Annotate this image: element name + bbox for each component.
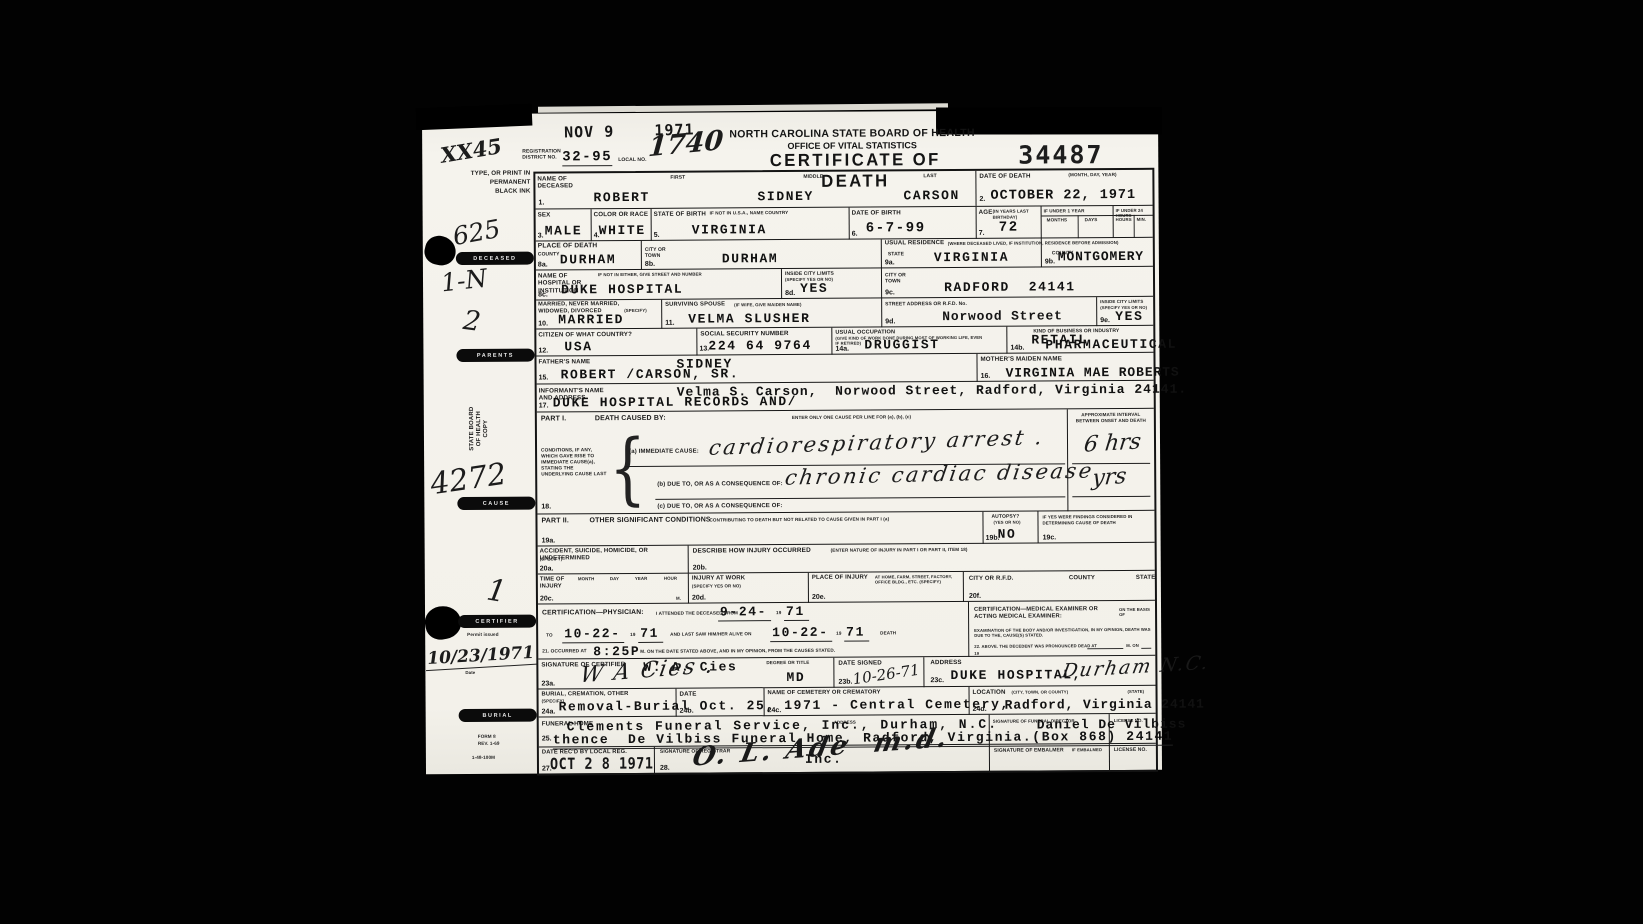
autopsy-value: NO	[998, 527, 1017, 542]
field-label: TIME OF INJURY	[540, 576, 576, 590]
death-certificate-document: XX45 TYPE, OR PRINT IN PERMANENT BLACK I…	[422, 110, 1162, 774]
meridiem-label: M.	[676, 595, 681, 601]
cell-medical-examiner: CERTIFICATION—MEDICAL EXAMINER OR ACTING…	[968, 601, 1156, 657]
cell-certifier-address: ADDRESS 23c. DUKE HOSPITAL, Durham N.C.	[923, 656, 1156, 687]
row-injury-details: TIME OF INJURY MONTH DAY YEAR HOUR 20c. …	[538, 570, 1155, 605]
local-no-value: 1740	[647, 125, 724, 163]
section-tab-certifier: CERTIFIER	[458, 615, 536, 628]
field-number: 9e.	[1100, 317, 1110, 324]
field-label: LICENSE NO.	[1114, 747, 1147, 753]
registration-district-no: 32-95	[562, 149, 612, 166]
field-number: 20b.	[693, 565, 707, 572]
cell-surviving-spouse: SURVIVING SPOUSE (IF WIFE, GIVE MAIDEN N…	[661, 298, 882, 328]
date-received-stamp: OCT 2 8 1971	[550, 755, 654, 774]
cell-county-of-death: PLACE OF DEATH COUNTY 8a. DURHAM	[536, 241, 641, 271]
interval-header: APPROXIMATE INTERVAL BETWEEN ONSET AND D…	[1072, 412, 1150, 424]
field-sublabel: CONTRIBUTING TO DEATH BUT NOT RELATED TO…	[709, 516, 889, 523]
field-number: 8b.	[645, 261, 655, 268]
me-basis-label: ON THE BASIS OF	[1119, 607, 1153, 618]
due-to-b-label: (b) DUE TO, OR AS A CONSEQUENCE OF:	[657, 481, 783, 489]
interval-b-value: yrs	[1091, 464, 1128, 492]
blank-line	[1141, 643, 1151, 649]
field-label: DATE	[680, 691, 697, 699]
burial-typed-line: Removal-Burial Oct. 25, 1971 - Central C…	[559, 697, 1010, 715]
me-line3a: 22. ABOVE. THE DECEDENT WAS PRONOUNCED D…	[974, 643, 1097, 649]
inside-city-limits-value: YES	[800, 281, 828, 296]
medical-examiner-label: CERTIFICATION—MEDICAL EXAMINER OR ACTING…	[974, 606, 1114, 621]
cell-injury-location: CITY OR R.F.D. COUNTY STATE 20f.	[963, 571, 1156, 602]
field-label: STATE	[888, 251, 904, 257]
copy-designation-text: STATE BOARD OF HEALTH COPY	[469, 389, 491, 469]
physician-cert-label: CERTIFICATION—PHYSICIAN:	[542, 609, 644, 618]
field-label: SURVIVING SPOUSE	[665, 301, 725, 308]
field-sublabel: (YES OR NO)	[993, 520, 1020, 525]
cell-date-of-birth: DATE OF BIRTH 6. 6-7-99	[849, 207, 977, 240]
field-label: SOCIAL SECURITY NUMBER	[700, 330, 788, 338]
state-label: STATE	[1136, 575, 1156, 582]
field-sublabel: (ENTER NATURE OF INJURY IN PART I OR PAR…	[831, 547, 968, 554]
field-number: 12.	[538, 347, 548, 354]
field-label: STATE OF BIRTH	[654, 211, 706, 219]
age-value: 72	[999, 220, 1019, 236]
subcolumn-rule	[1042, 215, 1114, 216]
section-tab-cause: CAUSE	[457, 497, 535, 510]
cell-place-of-injury: PLACE OF INJURY AT HOME, FARM, STREET, F…	[808, 572, 964, 603]
last-saw-label: AND LAST SAW HIM/HER ALIVE ON	[670, 631, 751, 637]
state-of-birth-value: VIRGINIA	[692, 222, 767, 237]
cell-accident-type: ACCIDENT, SUICIDE, HOMICIDE, OR UNDETERM…	[538, 546, 688, 575]
due-to-b-value: chronic cardiac disease	[783, 458, 1095, 489]
field-label: DATE OF BIRTH	[852, 209, 901, 217]
cause-line-b-rule	[655, 496, 1065, 500]
funeral-director-value: Daniel De Vilbiss	[1037, 717, 1187, 733]
field-number: 17.	[539, 402, 549, 409]
field-label: COLOR OR RACE	[594, 211, 649, 219]
field-number: 11.	[665, 320, 674, 327]
subcolumn-divider	[1134, 215, 1135, 238]
field-label: AGE	[979, 209, 993, 217]
registration-district-label: REGISTRATION DISTRICT NO.	[522, 148, 564, 161]
section-tab-deceased: DECEASED	[456, 252, 534, 265]
field-sublabel: (CITY, TOWN, OR COUNTY)	[1012, 689, 1069, 695]
cell-embalmer-license: LICENSE NO.	[1109, 744, 1157, 771]
mother-name-value: VIRGINIA MAE ROBERTS	[1006, 365, 1180, 381]
surviving-spouse-value: VELMA SLUSHER	[688, 311, 810, 327]
residence-state-value: VIRGINIA	[934, 250, 1009, 265]
occurred-label: 21. OCCURRED AT	[542, 649, 586, 655]
field-sublabel: IF EMBALMED	[1072, 747, 1102, 752]
cell-city-of-death: CITY OR TOWN 8b. DURHAM	[641, 239, 882, 269]
field-sublabel: IF NOT IN EITHER, GIVE STREET AND NUMBER	[598, 272, 702, 278]
cell-date-received: DATE REC'D BY LOCAL REG. 27. OCT 2 8 197…	[539, 747, 654, 775]
field-label: DESCRIBE HOW INJURY OCCURRED	[693, 547, 811, 555]
informant-value-line2: DUKE HOSPITAL RECORDS AND/	[553, 394, 798, 410]
cell-interval: APPROXIMATE INTERVAL BETWEEN ONSET AND D…	[1067, 409, 1156, 512]
margin-code-625: 625	[450, 214, 502, 251]
form-revision: REV. 1-69	[478, 741, 500, 747]
city-of-death-value: DURHAM	[722, 251, 779, 266]
field-number: 7.	[979, 230, 985, 237]
cell-residence-state: USUAL RESIDENCE (WHERE DECEASED LIVED, I…	[881, 238, 1042, 268]
field-label: SIGNATURE OF EMBALMER	[994, 747, 1064, 754]
occurred-rest-label: M. ON THE DATE STATED ABOVE, AND IN MY O…	[640, 648, 835, 655]
field-sublabel: (SPECIFY YES OR NO)	[692, 583, 741, 589]
year-label: YEAR	[635, 576, 648, 582]
cell-sex: SEX 3. MALE	[536, 209, 591, 241]
cell-if-under-24-hours: IF UNDER 24 HOURS HOURS MIN.	[1113, 206, 1154, 238]
print-run-code: 1-48-100M	[472, 755, 495, 761]
blank-line	[1087, 643, 1123, 649]
field-number: 24a.	[542, 708, 556, 715]
residence-city-value: RADFORD 24141	[944, 279, 1076, 295]
cell-industry: KIND OF BUSINESS OR INDUSTRY RETAIL 14b.…	[1006, 326, 1154, 354]
field-number: 8a.	[538, 261, 548, 268]
field-label: CITY OR TOWN	[645, 247, 669, 260]
cell-inside-city-limits-residence: INSIDE CITY LIMITS (SPECIFY YES OR NO) 9…	[1096, 297, 1154, 326]
field-label: IF YES WERE FINDINGS CONSIDERED IN DETER…	[1042, 514, 1150, 526]
cell-if-under-1-year: IF UNDER 1 YEAR MONTHS DAYS	[1041, 206, 1114, 238]
field-sublabel: IF NOT IN U.S.A., NAME COUNTRY	[710, 210, 790, 216]
field-label: IF UNDER 1 YEAR	[1044, 208, 1085, 214]
attended-to-year: 71	[638, 626, 663, 643]
field-label: OTHER SIGNIFICANT CONDITIONS	[589, 516, 710, 525]
certifier-signature-script: W A Cies .	[578, 653, 717, 689]
cell-state-of-birth: STATE OF BIRTH IF NOT IN U.S.A., NAME CO…	[651, 208, 850, 241]
field-number: 28.	[660, 765, 670, 772]
field-sublabel: (IF WIFE, GIVE MAIDEN NAME)	[734, 302, 801, 308]
year-prefix: 19	[836, 631, 841, 637]
to-label: TO	[546, 632, 553, 638]
hospital-name-value: DUKE HOSPITAL	[561, 282, 683, 298]
conditions-label: CONDITIONS, IF ANY, WHICH GAVE RISE TO I…	[541, 448, 607, 478]
cell-cause-entries: PART I. DEATH CAUSED BY: ENTER ONLY ONE …	[537, 409, 1068, 514]
industry-value-line2: PHARMACEUTICAL	[1045, 337, 1177, 353]
field-number: 9d.	[885, 318, 895, 325]
field-label: INSIDE CITY LIMITS	[1100, 299, 1150, 305]
field-sublabel: (SPECIFY)	[540, 556, 563, 562]
field-number: 19a.	[542, 537, 556, 544]
sex-value: MALE	[545, 223, 583, 238]
field-label: CITY OR TOWN	[885, 272, 909, 285]
field-label: FATHER'S NAME	[538, 358, 590, 366]
field-number: 1.	[539, 200, 545, 207]
attended-to-value: 10-22-	[562, 626, 625, 643]
deceased-last-name: CARSON	[903, 188, 960, 203]
cell-date-of-death: DATE OF DEATH (MONTH, DAY, YEAR) 2. OCTO…	[975, 170, 1153, 206]
cell-embalmer-signature: SIGNATURE OF EMBALMER IF EMBALMED	[989, 744, 1110, 772]
father-name-value: ROBERT /CARSON, SR.	[561, 366, 740, 382]
field-number: 2.	[979, 196, 985, 203]
permit-issued-label: Permit issued	[467, 632, 498, 638]
permit-date-label: Date	[465, 670, 475, 676]
field-label: STREET ADDRESS OR R.F.D. No.	[885, 301, 967, 308]
month-label: MONTH	[578, 576, 595, 582]
cell-describe-injury: DESCRIBE HOW INJURY OCCURRED (ENTER NATU…	[688, 543, 1156, 574]
field-label: PLACE OF INJURY	[812, 575, 868, 583]
cell-other-conditions: PART II. OTHER SIGNIFICANT CONDITIONS CO…	[537, 512, 982, 547]
cell-name-of-deceased: NAME OF DECEASED FIRST MIDDLE LAST 1. RO…	[535, 171, 975, 209]
field-number: 23a.	[541, 680, 555, 687]
field-label: DATE OF DEATH	[979, 173, 1030, 181]
column-label-middle: MIDDLE	[803, 174, 823, 180]
field-number: 8d.	[785, 290, 795, 297]
degree-label: DEGREE OR TITLE	[766, 660, 809, 666]
margin-code-1: 1	[484, 572, 509, 610]
cell-mother-name: MOTHER'S MAIDEN NAME 16. VIRGINIA MAE RO…	[976, 353, 1154, 382]
cell-age: AGE (IN YEARS LAST BIRTHDAY) 7. 72	[976, 206, 1042, 238]
race-value: WHITE	[599, 223, 646, 238]
field-number: 9b.	[1045, 258, 1055, 265]
cell-ssn: SOCIAL SECURITY NUMBER 13. 224 64 9764	[696, 328, 832, 356]
cell-occupation: USUAL OCCUPATION (GIVE KIND OF WORK DONE…	[831, 327, 1007, 355]
subcolumn-divider	[1078, 215, 1079, 238]
day-label: DAY	[610, 576, 619, 582]
field-number: 16.	[981, 373, 991, 380]
street-address-value: Norwood Street	[942, 308, 1063, 324]
field-number: 20f.	[969, 593, 981, 600]
section-tab-parents: PARENTS	[456, 349, 534, 362]
cell-hospital-name: NAME OF HOSPITAL OR INSTITUTION IF NOT I…	[536, 269, 781, 300]
attended-from-year: 71	[784, 604, 809, 621]
cell-time-of-injury: TIME OF INJURY MONTH DAY YEAR HOUR 20c. …	[538, 574, 688, 605]
local-no-label: LOCAL NO.	[618, 157, 646, 163]
field-number: 14b.	[1010, 345, 1024, 352]
cell-residence-city: CITY OR TOWN 9c. RADFORD 24141	[881, 267, 1154, 299]
field-number: 6.	[852, 231, 858, 238]
field-number: 23b.	[838, 679, 852, 686]
year-prefix: 19	[630, 632, 635, 638]
field-number: 23c.	[930, 677, 944, 684]
margin-scribble: XX45	[439, 133, 504, 168]
paper-corner-shadow	[416, 104, 533, 131]
interval-b-rule	[1072, 496, 1150, 497]
field-number: 20c.	[540, 595, 554, 602]
residence-city-limits-value: YES	[1115, 309, 1143, 324]
field-number: 20e.	[812, 594, 826, 601]
marital-status-value: MARRIED	[558, 312, 624, 327]
degree-value: MD	[786, 670, 805, 685]
cell-injury-at-work: INJURY AT WORK (SPECIFY YES OR NO) 20d.	[688, 573, 809, 604]
margin-code-2: 2	[461, 305, 482, 338]
deceased-first-name: ROBERT	[593, 190, 650, 205]
field-label: NAME OF DECEASED	[537, 175, 577, 190]
date-of-birth-value: 6-7-99	[866, 220, 926, 236]
margin-code-1n: 1-N	[440, 264, 489, 298]
field-label: LOCATION	[973, 689, 1006, 697]
cemetery-location-value: Radford, Virginia 24141	[1005, 696, 1205, 712]
field-label: MOTHER'S MAIDEN NAME	[980, 355, 1062, 363]
cell-citizenship: CITIZEN OF WHAT COUNTRY? 12. USA	[536, 329, 696, 357]
row-certification: CERTIFICATION—PHYSICIAN: I ATTENDED THE …	[538, 600, 1155, 660]
inc-typed-fragment: Inc.	[805, 752, 843, 767]
cell-father-name: FATHER'S NAME SIDNEY 15. ROBERT /CARSON,…	[536, 354, 976, 385]
field-label: SEX	[538, 211, 551, 219]
residence-county-value: MONTGOMERY	[1058, 249, 1144, 265]
me-line2: EXAMINATION OF THE BODY AND/OR INVESTIGA…	[974, 627, 1152, 639]
me-line3b: M. ON	[1126, 643, 1139, 648]
cell-physician-certification: CERTIFICATION—PHYSICIAN: I ATTENDED THE …	[538, 602, 968, 660]
state-sublabel: (STATE)	[1128, 689, 1145, 694]
deceased-middle-name: SIDNEY	[757, 189, 814, 204]
field-number: 3.	[538, 233, 544, 240]
field-number: 8c.	[538, 291, 548, 298]
hour-label: HOUR	[664, 576, 677, 582]
date-of-death-value: OCTOBER 22, 1971	[990, 188, 1136, 204]
permit-date-handwritten: 10/23/1971	[425, 643, 537, 671]
field-sublabel: (MONTH, DAY, YEAR)	[1068, 172, 1116, 178]
county-of-death-value: DURHAM	[560, 252, 617, 267]
row-certifier-signature: SIGNATURE OF CERTIFIER W. A. Cies W A Ci…	[538, 655, 1155, 690]
print-instruction-line1: TYPE, OR PRINT IN	[458, 170, 530, 178]
last-alive-value: 10-22-	[770, 625, 833, 642]
hours-label: HOURS	[1116, 217, 1132, 222]
ssn-value: 224 64 9764	[708, 338, 812, 354]
section-tab-burial: BURIAL	[459, 709, 537, 722]
copy-line3: COPY	[483, 389, 491, 469]
residence-section-label: USUAL RESIDENCE	[885, 240, 945, 248]
occupation-value: DRUGGIST	[864, 337, 939, 352]
part1-label: PART I.	[541, 415, 566, 424]
cell-residence-county: COUNTY 9b. MONTGOMERY	[1041, 238, 1154, 268]
county-label: COUNTY	[1069, 575, 1095, 582]
cell-autopsy-findings: IF YES WERE FINDINGS CONSIDERED IN DETER…	[1037, 511, 1155, 544]
citizenship-value: USA	[564, 339, 592, 354]
attended-from-value: 9-24-	[718, 604, 771, 621]
row-cause-of-death: PART I. DEATH CAUSED BY: ENTER ONLY ONE …	[537, 408, 1155, 515]
immediate-cause-value: cardiorespiratory arrest .	[707, 425, 1046, 460]
field-label: BURIAL, CREMATION, OTHER	[542, 691, 642, 699]
occurred-time-value: 8:25P	[593, 644, 640, 659]
row-deceased-name: NAME OF DECEASED FIRST MIDDLE LAST 1. RO…	[535, 170, 1152, 209]
print-instruction-line3: BLACK INK	[458, 188, 530, 196]
certificate-number-stamp: 34487	[1018, 140, 1103, 170]
cell-registrar-signature: SIGNATURE OF REGISTRAR 28. O. L. Ade m.d…	[654, 745, 990, 774]
field-label: CITIZEN OF WHAT COUNTRY?	[538, 331, 632, 339]
interval-a-value: 6 hrs	[1083, 429, 1143, 458]
row-other-conditions: PART II. OTHER SIGNIFICANT CONDITIONS CO…	[537, 510, 1154, 547]
field-label: ADDRESS	[930, 659, 961, 667]
days-label: DAYS	[1085, 217, 1098, 223]
row-registration: DATE REC'D BY LOCAL REG. 27. OCT 2 8 197…	[539, 743, 1156, 775]
immediate-cause-label: (a) IMMEDIATE CAUSE:	[629, 449, 699, 457]
row-hospital: NAME OF HOSPITAL OR INSTITUTION IF NOT I…	[536, 266, 1153, 301]
field-sublabel: AT HOME, FARM, STREET, FACTORY, OFFICE B…	[875, 574, 961, 585]
cell-street-address: STREET ADDRESS OR R.F.D. No. 9d. Norwood…	[881, 297, 1097, 327]
screenshot-stage: XX45 TYPE, OR PRINT IN PERMANENT BLACK I…	[0, 0, 1643, 924]
margin-code-4272: 4272	[428, 457, 509, 503]
row-personal: SEX 3. MALE COLOR OR RACE 4. WHITE STATE…	[536, 205, 1153, 242]
print-instruction-line2: PERMANENT	[458, 179, 530, 187]
certifier-address-script: Durham N.C.	[1060, 652, 1211, 683]
field-number: 15.	[539, 374, 549, 381]
board-title: NORTH CAROLINA STATE BOARD OF HEALTH	[692, 127, 1012, 141]
cell-marital-status: MARRIED, NEVER MARRIED, WIDOWED, DIVORCE…	[536, 300, 661, 330]
year-prefix: 19	[776, 610, 781, 616]
field-number: 10.	[538, 320, 548, 327]
field-number: 25.	[542, 735, 552, 742]
min-label: MIN.	[1137, 217, 1147, 222]
field-number: 9a.	[885, 259, 895, 266]
last-alive-year: 71	[844, 625, 869, 642]
field-number: 14a.	[835, 346, 849, 353]
enter-note-label: ENTER ONLY ONE CAUSE PER LINE FOR (a), (…	[792, 414, 911, 420]
field-sublabel: (IN YEARS LAST BIRTHDAY)	[993, 208, 1039, 219]
part2-label: PART II.	[541, 517, 569, 526]
cell-inside-city-limits-death: INSIDE CITY LIMITS (SPECIFY YES OR NO) 8…	[781, 268, 882, 299]
cell-date-signed: DATE SIGNED 23b. 10-26-71	[833, 657, 924, 688]
death-word: DEATH	[880, 630, 896, 636]
column-label-first: FIRST	[670, 175, 685, 181]
due-to-c-label: (c) DUE TO, OR AS A CONSEQUENCE OF:	[657, 503, 782, 511]
field-number: 9c.	[885, 289, 895, 296]
field-number: 5.	[654, 232, 660, 239]
cell-race: COLOR OR RACE 4. WHITE	[591, 209, 652, 241]
certificate-form: NAME OF DECEASED FIRST MIDDLE LAST 1. RO…	[533, 168, 1158, 776]
cell-autopsy: AUTOPSY? (YES OR NO) 19b. NO	[982, 511, 1038, 543]
field-number: 19c.	[1043, 534, 1057, 541]
column-label-last: LAST	[923, 173, 937, 179]
field-number: 20d.	[692, 595, 706, 602]
brace-glyph: {	[609, 422, 646, 514]
field-sublabel: (SPECIFY)	[624, 308, 647, 314]
field-label: NAME OF CEMETERY OR CREMATORY	[768, 689, 881, 697]
field-label: COUNTY	[538, 251, 560, 257]
field-number: 18.	[541, 503, 551, 510]
form-number: FORM 8	[478, 734, 496, 740]
field-label: INJURY AT WORK	[692, 575, 745, 583]
months-label: MONTHS	[1047, 217, 1068, 223]
field-number: 20a.	[540, 565, 554, 572]
section-label: PLACE OF DEATH	[538, 242, 598, 250]
cell-certifier-signature: SIGNATURE OF CERTIFIER W. A. Cies W A Ci…	[538, 658, 833, 690]
city-rfd-label: CITY OR R.F.D.	[969, 576, 1014, 583]
